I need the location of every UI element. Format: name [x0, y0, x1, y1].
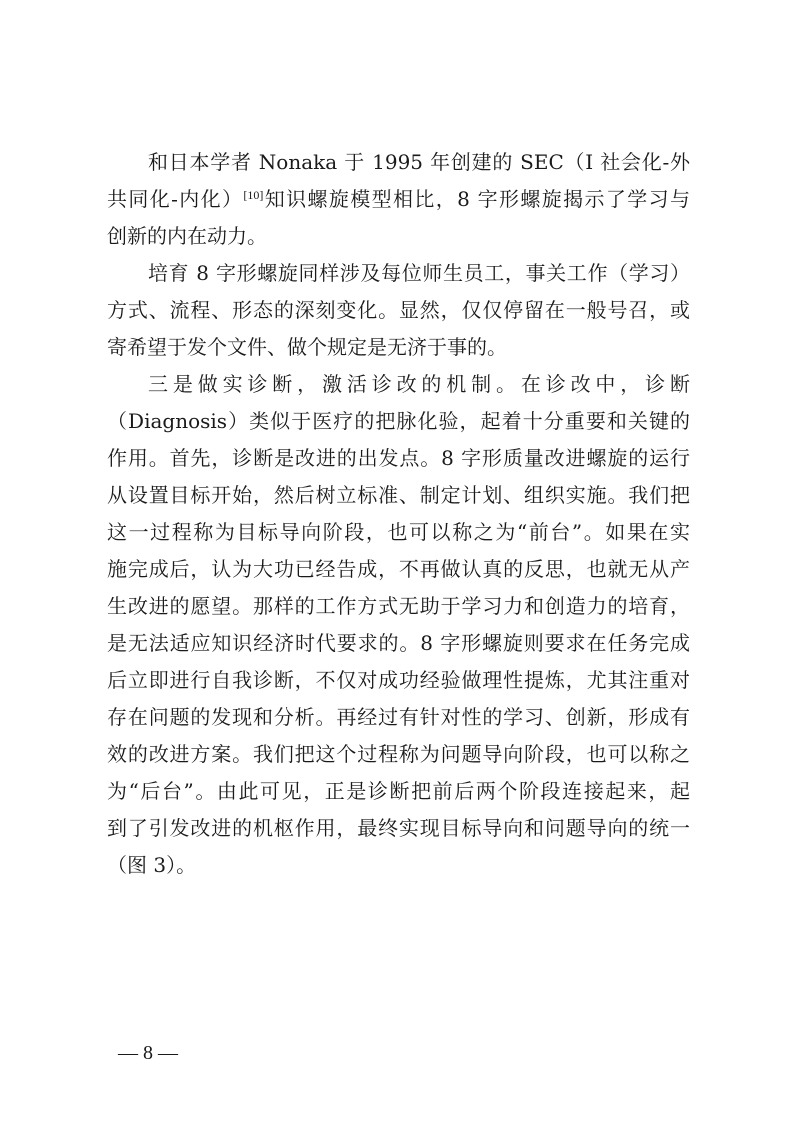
text-line: 生改进的愿望。那样的工作方式无助于学习力和创造力的培育，: [107, 588, 690, 625]
text-line: 这一过程称为目标导向阶段，也可以称之为“前台”。如果在实: [107, 514, 690, 551]
paragraph: 培育 8 字形螺旋同样涉及每位师生员工，事关工作（学习） 方式、流程、形态的深刻…: [107, 255, 690, 366]
text-line: 为“后台”。由此可见，正是诊断把前后两个阶段连接起来，起: [107, 773, 690, 810]
page-number: — 8 —: [118, 1038, 178, 1068]
text-segment: 共同化-内化）: [107, 187, 243, 211]
text-line: 是无法适应知识经济时代要求的。8 字形螺旋则要求在任务完成: [107, 625, 690, 662]
text-line: 作用。首先，诊断是改进的出发点。8 字形质量改进螺旋的运行: [107, 440, 690, 477]
text-line: 创新的内在动力。: [107, 218, 690, 255]
paragraph: 和日本学者 Nonaka 于 1995 年创建的 SEC（I 社会化-外化- 共…: [107, 144, 690, 255]
text-line: 后立即进行自我诊断，不仅对成功经验做理性提炼，尤其注重对: [107, 662, 690, 699]
text-line: 共同化-内化）[10]知识螺旋模型相比，8 字形螺旋揭示了学习与: [107, 181, 690, 218]
text-line: 方式、流程、形态的深刻变化。显然，仅仅停留在一般号召，或: [107, 292, 690, 329]
text-segment: 知识螺旋模型相比，8 字形螺旋揭示了学习与: [263, 187, 690, 211]
text-line: （Diagnosis）类似于医疗的把脉化验，起着十分重要和关键的: [107, 403, 690, 440]
text-line: 施完成后，认为大功已经告成，不再做认真的反思，也就无从产: [107, 551, 690, 588]
text-line: 三是做实诊断，激活诊改的机制。在诊改中，诊断: [107, 366, 690, 403]
text-line: 寄希望于发个文件、做个规定是无济于事的。: [107, 329, 690, 366]
text-line: 存在问题的发现和分析。再经过有针对性的学习、创新，形成有: [107, 699, 690, 736]
text-line: 培育 8 字形螺旋同样涉及每位师生员工，事关工作（学习）: [107, 255, 690, 292]
text-line: （图 3）。: [107, 847, 690, 884]
text-line: 效的改进方案。我们把这个过程称为问题导向阶段，也可以称之: [107, 736, 690, 773]
paragraph: 三是做实诊断，激活诊改的机制。在诊改中，诊断 （Diagnosis）类似于医疗的…: [107, 366, 690, 884]
document-page: 和日本学者 Nonaka 于 1995 年创建的 SEC（I 社会化-外化- 共…: [0, 0, 793, 1122]
text-line: 从设置目标开始，然后树立标准、制定计划、组织实施。我们把: [107, 477, 690, 514]
citation-reference: [10]: [243, 188, 263, 202]
body-text: 和日本学者 Nonaka 于 1995 年创建的 SEC（I 社会化-外化- 共…: [107, 144, 690, 884]
text-line: 到了引发改进的机枢作用，最终实现目标导向和问题导向的统一: [107, 810, 690, 847]
text-line: 和日本学者 Nonaka 于 1995 年创建的 SEC（I 社会化-外化-: [107, 144, 690, 181]
